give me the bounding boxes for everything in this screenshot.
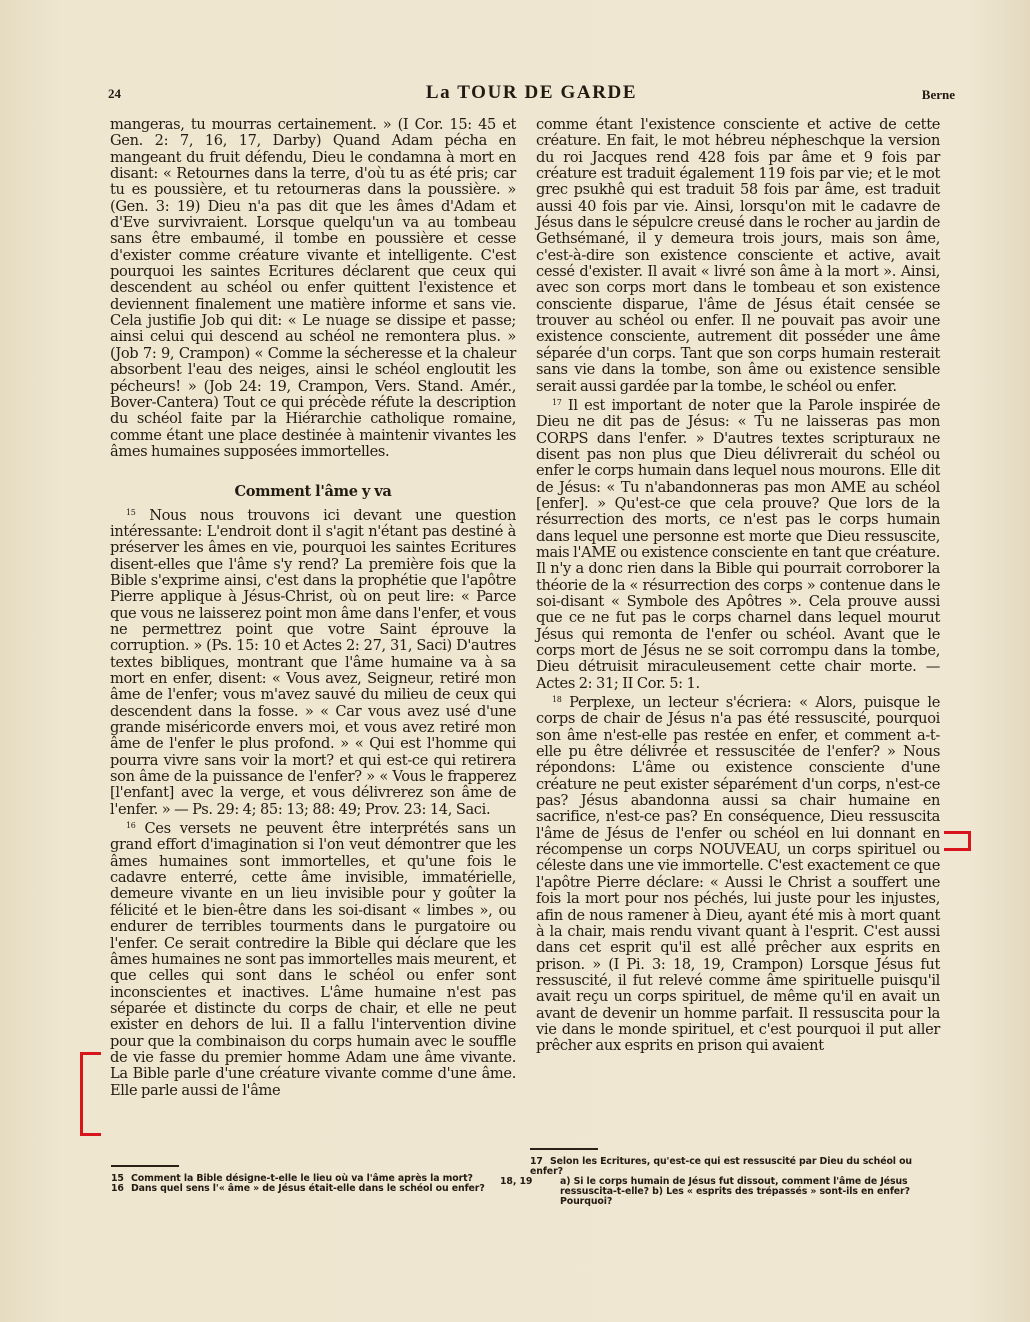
paragraph-text: Il est important de noter que la Parole …: [536, 397, 940, 692]
publication-title: La TOUR DE GARDE: [108, 82, 955, 104]
paragraph-17: 17 Il est important de noter que la Paro…: [536, 395, 940, 692]
footnote-divider: [111, 1165, 179, 1167]
section-subheading: Comment l'âme y va: [110, 484, 516, 500]
footnote-text: Dans quel sens l'« âme » de Jésus était-…: [131, 1183, 485, 1194]
left-margin-bracket-annotation: [80, 1052, 101, 1136]
paragraph-18: 18 Perplexe, un lecteur s'écriera: « Alo…: [536, 692, 940, 1055]
footnote-text: Selon les Ecritures, qu'est-ce qui est r…: [530, 1156, 912, 1177]
paragraph-number: 18: [552, 695, 561, 704]
right-margin-bracket-annotation: [944, 831, 971, 851]
paragraph-16: 16 Ces versets ne peuvent être interprét…: [110, 818, 516, 1099]
footnote-text: a) Si le corps humain de Jésus fut disso…: [560, 1176, 910, 1207]
right-column: comme étant l'existence consciente et ac…: [536, 117, 940, 1055]
paragraph-text: Ces versets ne peuvent être interprétés …: [110, 820, 516, 1099]
paragraph-number: 17: [552, 398, 561, 407]
footnote: 18, 19a) Si le corps humain de Jésus fut…: [530, 1177, 946, 1207]
footnotes-right: 17Selon les Ecritures, qu'est-ce qui est…: [530, 1157, 946, 1207]
footnote: 17Selon les Ecritures, qu'est-ce qui est…: [530, 1157, 946, 1177]
paragraph-continued: comme étant l'existence consciente et ac…: [536, 117, 940, 395]
footnote-divider: [530, 1148, 598, 1150]
footnote-number: 16: [111, 1184, 131, 1194]
paragraph-15: 15 Nous nous trouvons ici devant une que…: [110, 505, 516, 819]
running-header: 24 La TOUR DE GARDE Berne: [108, 84, 955, 108]
footnote-number: 18, 19: [530, 1177, 560, 1187]
scanned-page: 24 La TOUR DE GARDE Berne mangeras, tu m…: [0, 0, 1030, 1322]
footnotes-left: 15Comment la Bible désigne-t-elle le lie…: [111, 1174, 517, 1194]
edition-label: Berne: [922, 87, 955, 103]
left-column: mangeras, tu mourras certainement. » (I …: [110, 117, 516, 1099]
footnote: 16Dans quel sens l'« âme » de Jésus étai…: [111, 1184, 517, 1194]
paragraph-number: 16: [126, 821, 135, 830]
paragraph-number: 15: [126, 508, 135, 517]
paragraph-text: Nous nous trouvons ici devant une questi…: [110, 507, 516, 818]
paragraph-continued: mangeras, tu mourras certainement. » (I …: [110, 117, 516, 460]
paragraph-text: Perplexe, un lecteur s'écriera: « Alors,…: [536, 694, 940, 1054]
